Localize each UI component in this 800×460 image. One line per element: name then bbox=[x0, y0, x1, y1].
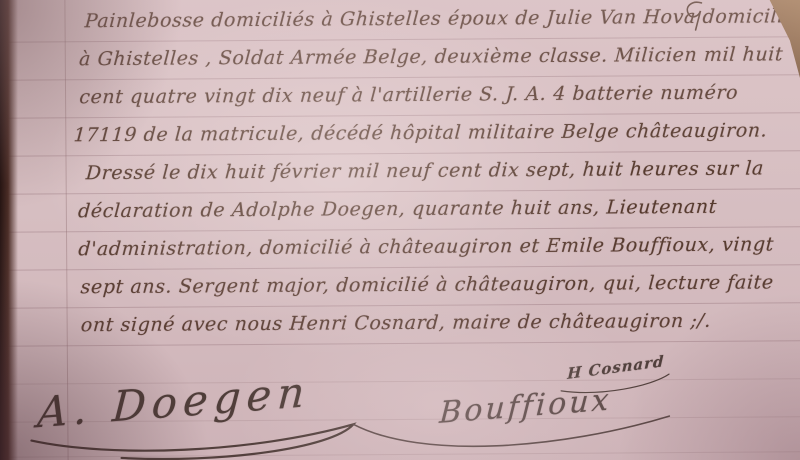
manuscript-line: sept ans. Sergent major, domicilié à châ… bbox=[79, 271, 786, 306]
signature-bouffioux: Bouffioux bbox=[438, 382, 612, 431]
manuscript-line: cent quatre vingt dix neuf à l'artilleri… bbox=[78, 81, 785, 116]
manuscript-line: d'administration, domicilié à châteaugir… bbox=[77, 233, 784, 268]
manuscript-line: à Ghistelles , Soldat Armée Belge, deuxi… bbox=[78, 43, 785, 78]
book-gutter-shadow bbox=[0, 0, 18, 460]
register-page-photo: Painlebosse domiciliés à Ghistelles épou… bbox=[0, 0, 800, 460]
manuscript-line: 17119 de la matricule, décédé hôpital mi… bbox=[72, 119, 779, 154]
manuscript-line: déclaration de Adolphe Doegen, quarante … bbox=[77, 195, 784, 230]
signature-doegen: A. Doegen bbox=[36, 367, 312, 437]
manuscript-line: Dressé le dix huit février mil neuf cent… bbox=[85, 157, 792, 192]
pen-flourish-icon bbox=[681, 0, 707, 34]
manuscript-line: ont signé avec nous Henri Cosnard, maire… bbox=[80, 309, 787, 344]
manuscript-sheet: Painlebosse domiciliés à Ghistelles épou… bbox=[0, 0, 800, 460]
ruled-line bbox=[0, 451, 800, 458]
